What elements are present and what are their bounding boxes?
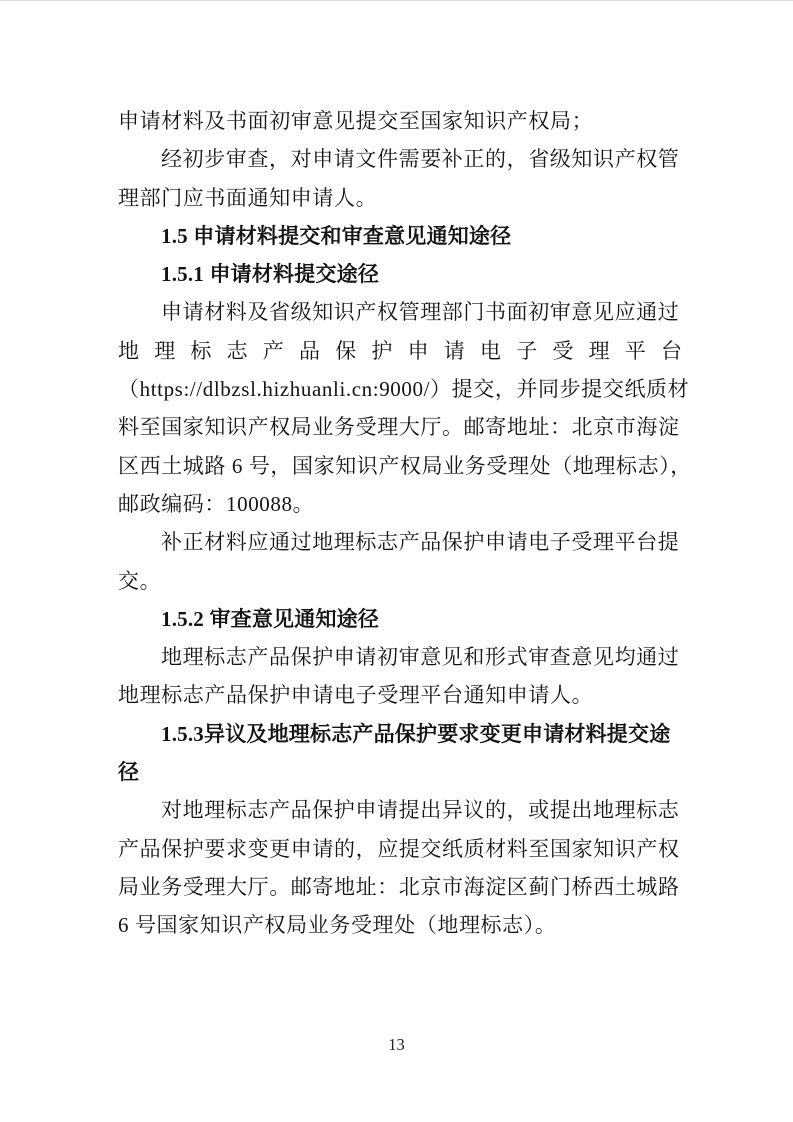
text-line: 料至国家知识产权局业务受理大厅。邮寄地址：北京市海淀 — [118, 408, 682, 446]
section-heading: 1.5.3异议及地理标志产品保护要求变更申请材料提交途 — [118, 715, 682, 753]
text-line: 地理标志产品保护申请初审意见和形式审查意见均通过 — [118, 638, 682, 676]
text-line: 申请材料及省级知识产权管理部门书面初审意见应通过 — [118, 293, 682, 331]
text-line: 交。 — [118, 562, 682, 600]
text-line: 局业务受理大厅。邮寄地址：北京市海淀区蓟门桥西土城路 — [118, 868, 682, 906]
text-line: 产品保护要求变更申请的，应提交纸质材料至国家知识产权 — [118, 830, 682, 868]
text-line: 经初步审查，对申请文件需要补正的，省级知识产权管 — [118, 140, 682, 178]
text-line: 补正材料应通过地理标志产品保护申请电子受理平台提 — [118, 523, 682, 561]
text-line: 理部门应书面通知申请人。 — [118, 179, 682, 217]
text-line-url: （https://dlbzsl.hizhuanli.cn:9000/）提交，并同… — [118, 370, 682, 408]
text-line: 申请材料及书面初审意见提交至国家知识产权局； — [118, 102, 682, 140]
text-line: 地理标志产品保护申请电子受理平台通知申请人。 — [118, 676, 682, 714]
document-page: 申请材料及书面初审意见提交至国家知识产权局； 经初步审查，对申请文件需要补正的，… — [0, 0, 793, 1122]
document-content: 申请材料及书面初审意见提交至国家知识产权局； 经初步审查，对申请文件需要补正的，… — [118, 102, 682, 945]
text-line: 地理标志产品保护申请电子受理平台 — [118, 332, 682, 370]
section-heading: 径 — [118, 753, 682, 791]
section-heading: 1.5.2 审查意见通知途径 — [118, 600, 682, 638]
text-line: 对地理标志产品保护申请提出异议的，或提出地理标志 — [118, 791, 682, 829]
text-line: 区西土城路 6 号，国家知识产权局业务受理处（地理标志）， — [118, 447, 682, 485]
page-number: 13 — [0, 1035, 793, 1055]
text-line: 6 号国家知识产权局业务受理处（地理标志）。 — [118, 906, 682, 944]
text-line: 邮政编码：100088。 — [118, 485, 682, 523]
section-heading: 1.5.1 申请材料提交途径 — [118, 255, 682, 293]
section-heading: 1.5 申请材料提交和审查意见通知途径 — [118, 217, 682, 255]
